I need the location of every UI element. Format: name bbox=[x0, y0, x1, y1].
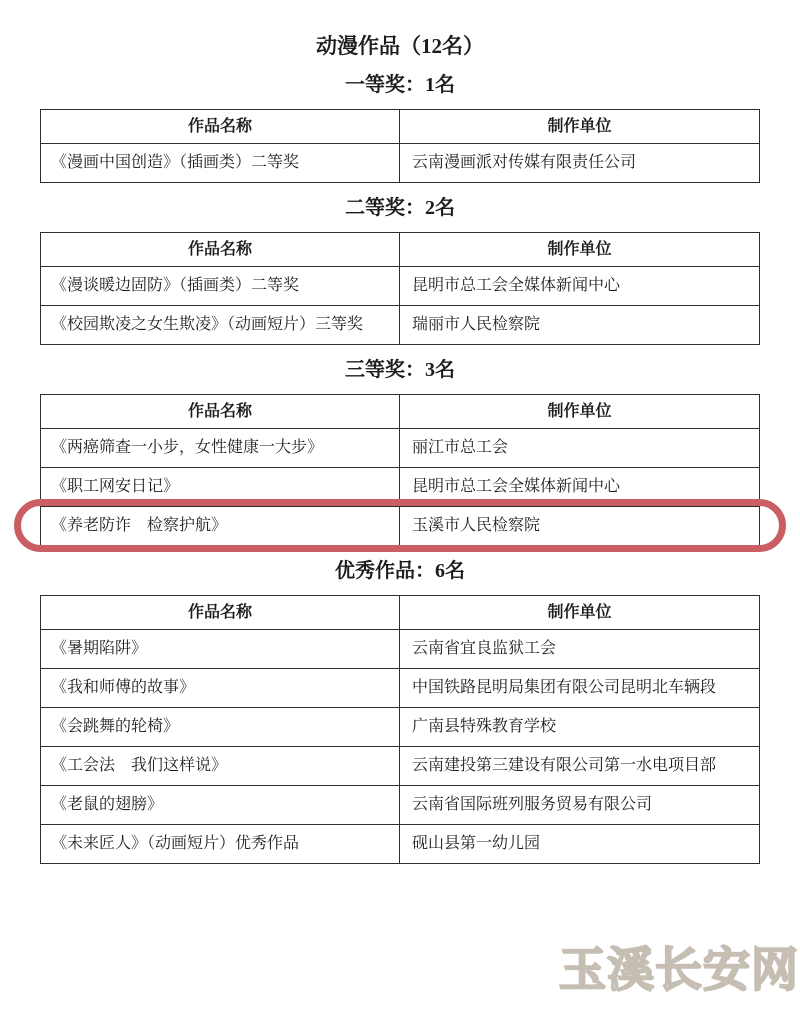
header-cell-work: 作品名称 bbox=[41, 110, 400, 143]
work-cell: 《职工网安日记》 bbox=[41, 468, 400, 506]
work-cell: 《老鼠的翅膀》 bbox=[41, 786, 400, 824]
producer-cell: 昆明市总工会全媒体新闻中心 bbox=[400, 468, 759, 506]
producer-cell: 丽江市总工会 bbox=[400, 429, 759, 467]
table-row: 《漫谈暖边固防》（插画类）二等奖昆明市总工会全媒体新闻中心 bbox=[41, 266, 759, 305]
table-row: 《两癌筛查一小步，女性健康一大步》丽江市总工会 bbox=[41, 428, 759, 467]
section-heading: 一等奖：1名 bbox=[0, 72, 800, 99]
producer-cell: 云南建投第三建设有限公司第一水电项目部 bbox=[400, 747, 759, 785]
table-header-row: 作品名称制作单位 bbox=[41, 110, 759, 143]
work-cell: 《漫画中国创造》（插画类）二等奖 bbox=[41, 144, 400, 182]
producer-cell: 中国铁路昆明局集团有限公司昆明北车辆段 bbox=[400, 669, 759, 707]
work-cell: 《两癌筛查一小步，女性健康一大步》 bbox=[41, 429, 400, 467]
header-cell-work: 作品名称 bbox=[41, 233, 400, 266]
work-cell: 《工会法 我们这样说》 bbox=[41, 747, 400, 785]
page-title: 动漫作品（12名） bbox=[0, 32, 800, 60]
table-row: 《漫画中国创造》（插画类）二等奖云南漫画派对传媒有限责任公司 bbox=[41, 143, 759, 182]
awards-table: 作品名称制作单位《漫画中国创造》（插画类）二等奖云南漫画派对传媒有限责任公司 bbox=[40, 109, 760, 183]
producer-cell: 云南漫画派对传媒有限责任公司 bbox=[400, 144, 759, 182]
work-cell: 《漫谈暖边固防》（插画类）二等奖 bbox=[41, 267, 400, 305]
watermark: 玉溪长安网 bbox=[559, 933, 799, 1000]
awards-table: 作品名称制作单位《漫谈暖边固防》（插画类）二等奖昆明市总工会全媒体新闻中心《校园… bbox=[40, 232, 760, 345]
section-heading: 优秀作品：6名 bbox=[0, 558, 800, 585]
awards-table: 作品名称制作单位《暑期陷阱》云南省宜良监狱工会《我和师傅的故事》中国铁路昆明局集… bbox=[40, 595, 760, 864]
work-cell: 《未来匠人》（动画短片）优秀作品 bbox=[41, 825, 400, 863]
producer-cell: 砚山县第一幼儿园 bbox=[400, 825, 759, 863]
table-header-row: 作品名称制作单位 bbox=[41, 596, 759, 629]
header-cell-work: 作品名称 bbox=[41, 395, 400, 428]
table-row: 《老鼠的翅膀》云南省国际班列服务贸易有限公司 bbox=[41, 785, 759, 824]
table-row: 《暑期陷阱》云南省宜良监狱工会 bbox=[41, 629, 759, 668]
document-page: 动漫作品（12名） 一等奖：1名作品名称制作单位《漫画中国创造》（插画类）二等奖… bbox=[0, 0, 800, 1011]
table-row: 《我和师傅的故事》中国铁路昆明局集团有限公司昆明北车辆段 bbox=[41, 668, 759, 707]
producer-cell: 昆明市总工会全媒体新闻中心 bbox=[400, 267, 759, 305]
award-sections: 一等奖：1名作品名称制作单位《漫画中国创造》（插画类）二等奖云南漫画派对传媒有限… bbox=[0, 72, 800, 864]
table-header-row: 作品名称制作单位 bbox=[41, 395, 759, 428]
highlighted-row: 《养老防诈 检察护航》玉溪市人民检察院 bbox=[41, 506, 759, 545]
work-cell: 《校园欺凌之女生欺凌》（动画短片）三等奖 bbox=[41, 306, 400, 344]
header-cell-work: 作品名称 bbox=[41, 596, 400, 629]
work-cell: 《我和师傅的故事》 bbox=[41, 669, 400, 707]
producer-cell: 玉溪市人民检察院 bbox=[400, 507, 759, 545]
producer-cell: 云南省宜良监狱工会 bbox=[400, 630, 759, 668]
section-heading: 三等奖：3名 bbox=[0, 357, 800, 384]
table-row: 《职工网安日记》昆明市总工会全媒体新闻中心 bbox=[41, 467, 759, 506]
header-cell-producer: 制作单位 bbox=[400, 395, 759, 428]
awards-table: 作品名称制作单位《两癌筛查一小步，女性健康一大步》丽江市总工会《职工网安日记》昆… bbox=[40, 394, 760, 546]
header-cell-producer: 制作单位 bbox=[400, 233, 759, 266]
table-row: 《会跳舞的轮椅》广南县特殊教育学校 bbox=[41, 707, 759, 746]
producer-cell: 云南省国际班列服务贸易有限公司 bbox=[400, 786, 759, 824]
table-header-row: 作品名称制作单位 bbox=[41, 233, 759, 266]
table-row: 《校园欺凌之女生欺凌》（动画短片）三等奖瑞丽市人民检察院 bbox=[41, 305, 759, 344]
header-cell-producer: 制作单位 bbox=[400, 596, 759, 629]
table-row: 《未来匠人》（动画短片）优秀作品砚山县第一幼儿园 bbox=[41, 824, 759, 863]
header-cell-producer: 制作单位 bbox=[400, 110, 759, 143]
table-row: 《工会法 我们这样说》云南建投第三建设有限公司第一水电项目部 bbox=[41, 746, 759, 785]
work-cell: 《暑期陷阱》 bbox=[41, 630, 400, 668]
work-cell: 《养老防诈 检察护航》 bbox=[41, 507, 400, 545]
section-heading: 二等奖：2名 bbox=[0, 195, 800, 222]
producer-cell: 瑞丽市人民检察院 bbox=[400, 306, 759, 344]
producer-cell: 广南县特殊教育学校 bbox=[400, 708, 759, 746]
work-cell: 《会跳舞的轮椅》 bbox=[41, 708, 400, 746]
